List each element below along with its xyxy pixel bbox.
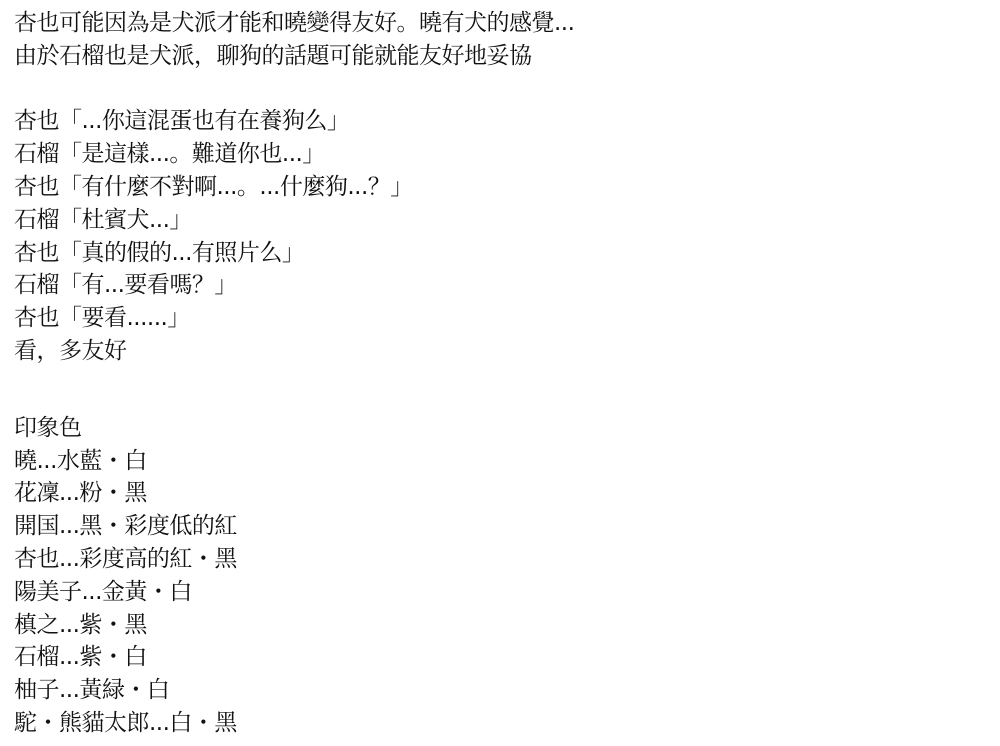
dialogue-line: 石榴「是這樣...。難道你也...」: [14, 138, 1000, 171]
color-entry: 陽美子...金黃・白: [14, 576, 1000, 609]
dialogue-line: 石榴「有...要看嗎？」: [14, 269, 1000, 302]
dialogue-line: 杏也「真的假的...有照片么」: [14, 237, 1000, 270]
color-entry: 槙之...紫・黑: [14, 609, 1000, 642]
dialogue-line: 杏也「...你這混蛋也有在養狗么」: [14, 105, 1000, 138]
color-entry: 駝・熊貓太郎...白・黑: [14, 707, 1000, 740]
dialogue-section: 杏也「...你這混蛋也有在養狗么」 石榴「是這樣...。難道你也...」 杏也「…: [14, 105, 1000, 367]
intro-line: 杏也可能因為是犬派才能和曉變得友好。曉有犬的感覺...: [14, 7, 1000, 40]
dialogue-line: 看，多友好: [14, 335, 1000, 368]
dialogue-line: 杏也「要看......」: [14, 302, 1000, 335]
intro-line: 由於石榴也是犬派，聊狗的話題可能就能友好地妥協: [14, 40, 1000, 73]
dialogue-line: 杏也「有什麼不對啊...。...什麼狗...？」: [14, 171, 1000, 204]
document-body: 杏也可能因為是犬派才能和曉變得友好。曉有犬的感覺... 由於石榴也是犬派，聊狗的…: [14, 7, 1000, 740]
intro-section: 杏也可能因為是犬派才能和曉變得友好。曉有犬的感覺... 由於石榴也是犬派，聊狗的…: [14, 7, 1000, 73]
color-entry: 開国...黑・彩度低的紅: [14, 510, 1000, 543]
color-entry: 曉...水藍・白: [14, 445, 1000, 478]
impression-colors-section: 印象色 曉...水藍・白 花凜...粉・黑 開国...黑・彩度低的紅 杏也...…: [14, 412, 1000, 740]
color-entry: 柚子...黃緑・白: [14, 674, 1000, 707]
section-heading: 印象色: [14, 412, 1000, 445]
dialogue-line: 石榴「杜賓犬...」: [14, 204, 1000, 237]
color-entry: 杏也...彩度高的紅・黑: [14, 543, 1000, 576]
blank-line: [14, 368, 1000, 412]
color-entry: 石榴...紫・白: [14, 641, 1000, 674]
blank-line: [14, 73, 1000, 106]
color-entry: 花凜...粉・黑: [14, 477, 1000, 510]
